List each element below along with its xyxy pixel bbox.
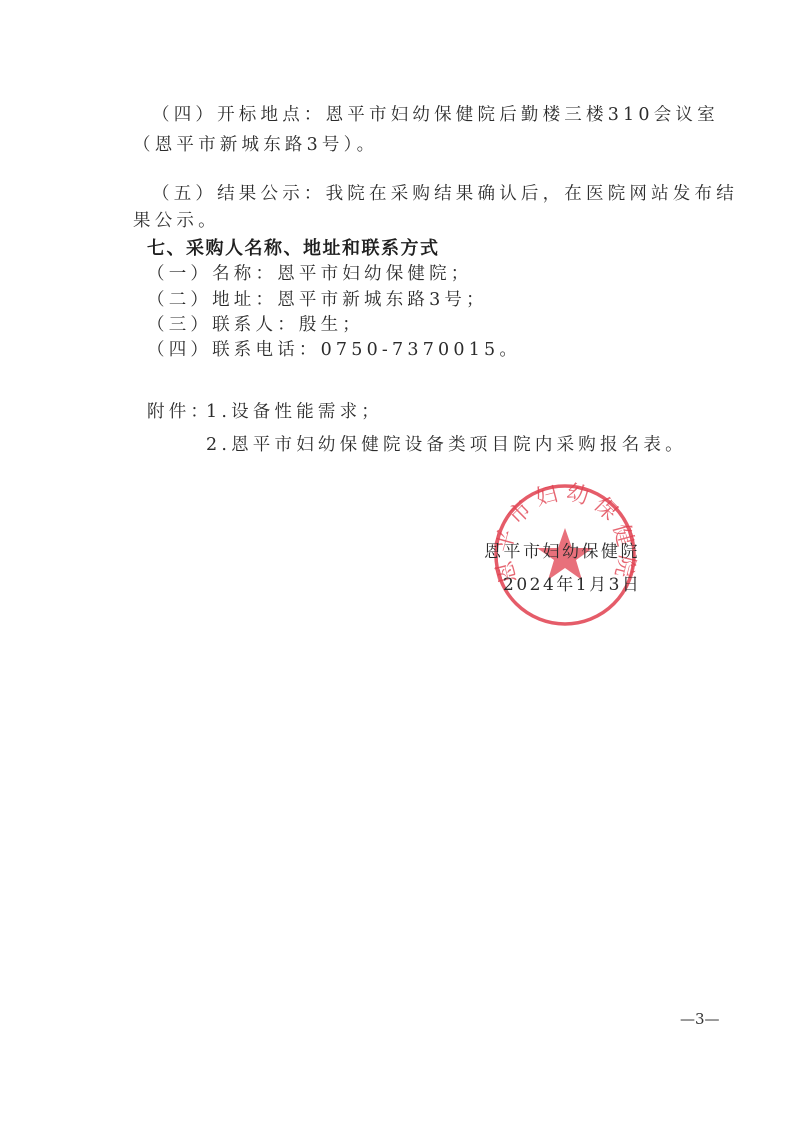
attachment-item-2: 2.恩平市妇幼保健院设备类项目院内采购报名表。 [206, 434, 687, 456]
attachment-item-1: 1.设备性能需求； [206, 401, 383, 423]
result-notice-line-2: 果公示。 [133, 210, 220, 232]
section-heading-purchaser: 七、采购人名称、地址和联系方式 [147, 238, 440, 260]
bid-location-line-1: （四）开标地点：恩平市妇幼保健院后勤楼三楼310会议室 [152, 104, 719, 126]
signature-organization: 恩平市妇幼保健院 [484, 541, 640, 563]
bid-location-line-2: （恩平市新城东路3号）。 [133, 134, 378, 156]
purchaser-name: （一）名称：恩平市妇幼保健院； [147, 263, 473, 285]
result-notice-line-1: （五）结果公示：我院在采购结果确认后，在医院网站发布结 [152, 183, 738, 205]
svg-text:恩平市妇幼保健院: 恩平市妇幼保健院 [491, 480, 639, 586]
purchaser-contact: （三）联系人：殷生； [147, 314, 364, 336]
attachments-label: 附件： [147, 401, 212, 423]
purchaser-phone: （四）联系电话：0750-7370015。 [147, 339, 521, 361]
purchaser-address: （二）地址：恩平市新城东路3号； [147, 289, 488, 311]
page-number: —3— [680, 1010, 720, 1028]
seal-text: 恩平市妇幼保健院 [491, 480, 639, 586]
signature-date: 2024年1月3日 [503, 574, 641, 596]
